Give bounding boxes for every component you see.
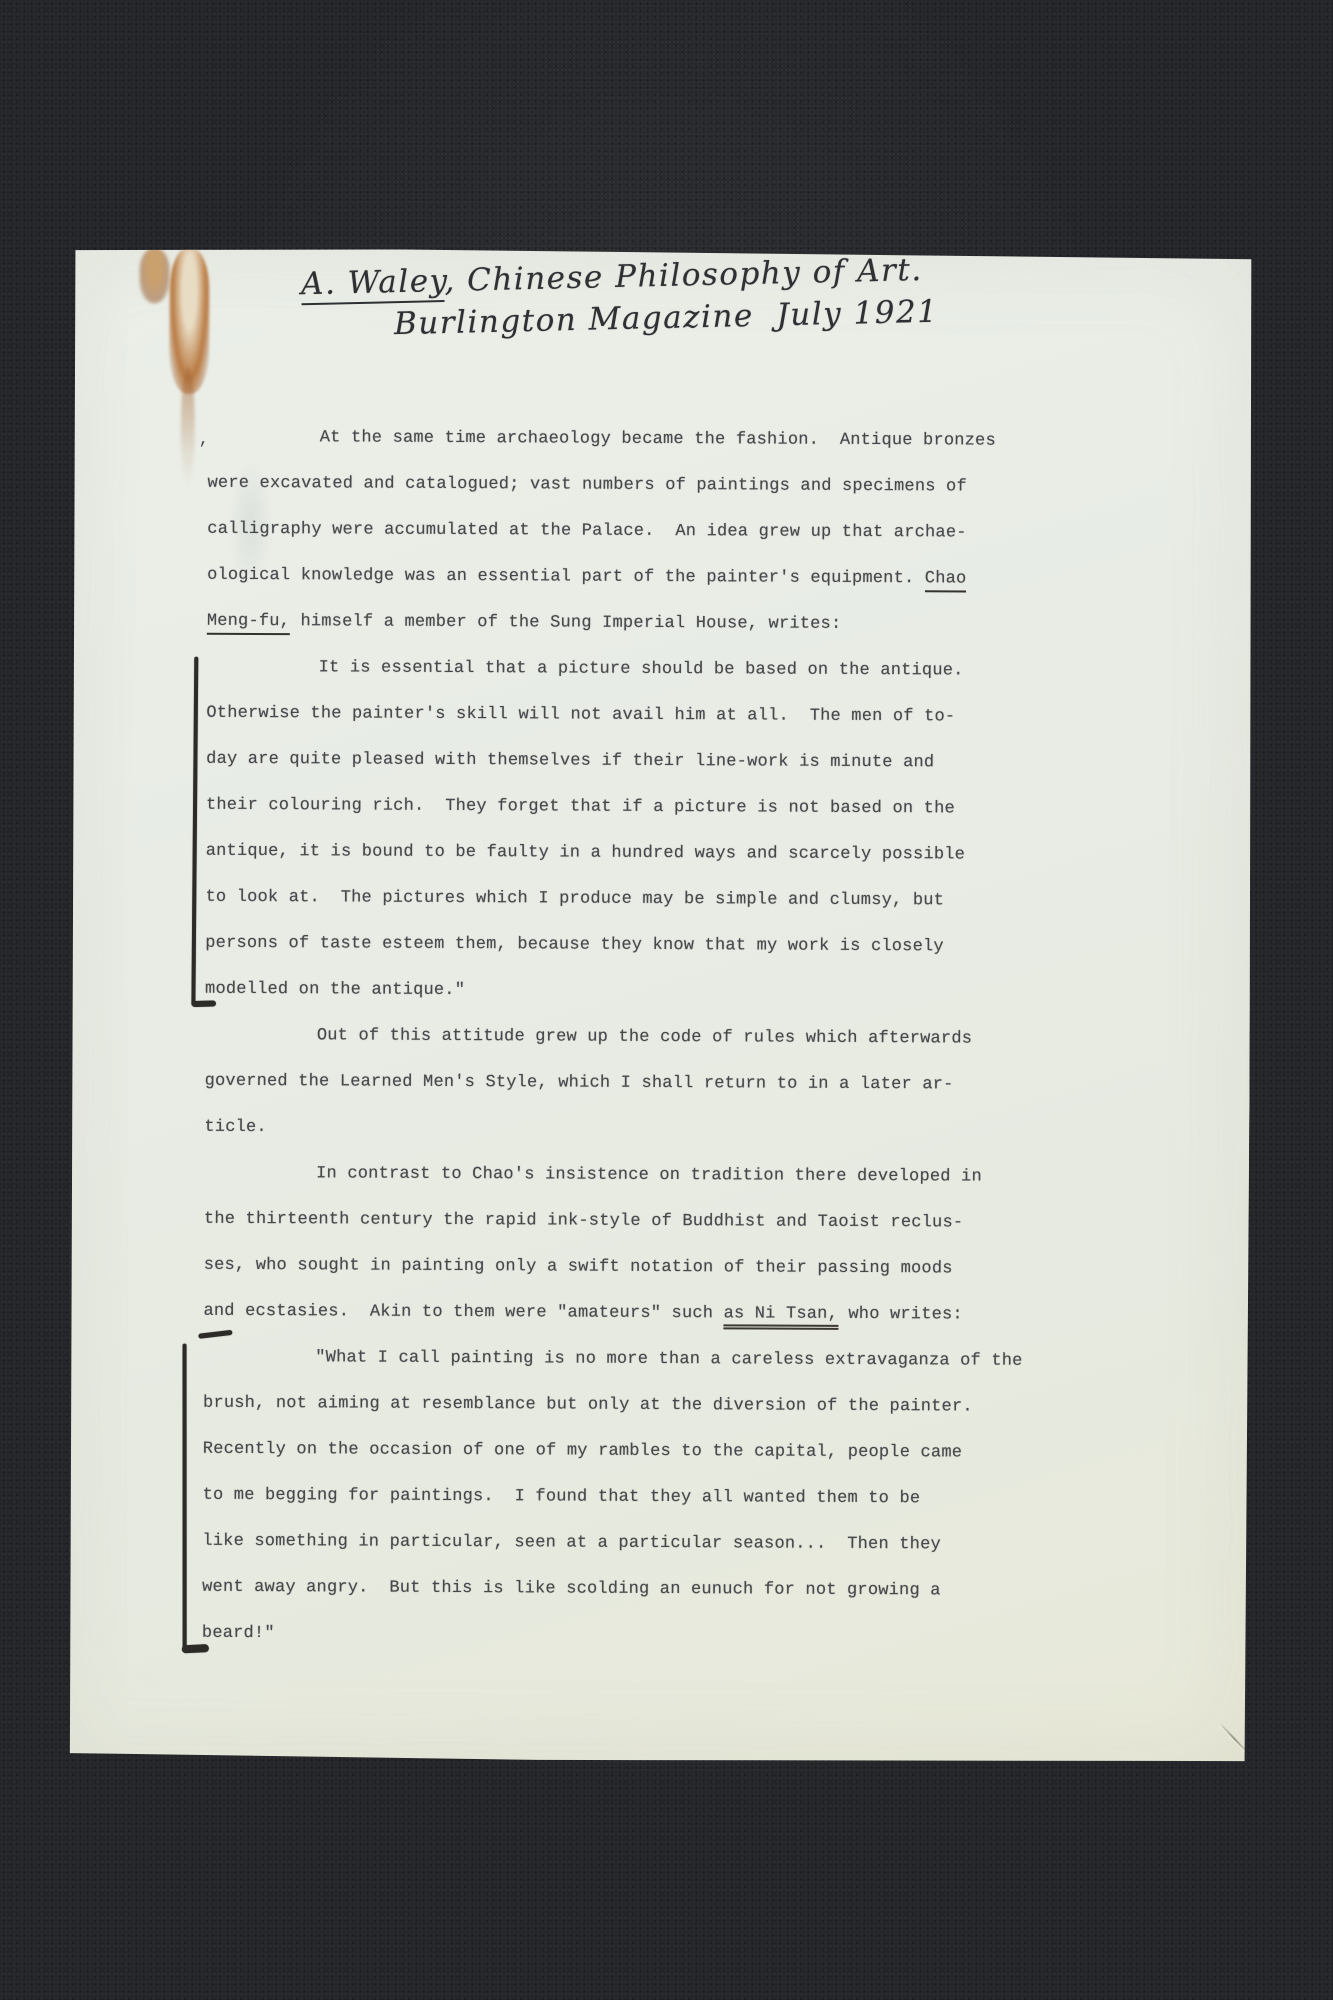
typed-line: modelled on the antique." — [205, 967, 1025, 1017]
typed-line: In contrast to Chao's insistence on trad… — [204, 1151, 1024, 1201]
text-segment: day are quite pleased with themselves if… — [206, 750, 934, 773]
typed-line: the thirteenth century the rapid ink-sty… — [204, 1197, 1024, 1247]
typed-line: Recently on the occasion of one of my ra… — [203, 1427, 1023, 1477]
typed-line: to look at. The pictures which I produce… — [205, 875, 1025, 925]
typed-line: Otherwise the painter's skill will not a… — [206, 691, 1026, 741]
citation-line-2: Burlington Magazine July 1921 — [394, 292, 1023, 342]
text-segment: antique, it is bound to be faulty in a h… — [206, 842, 965, 865]
typed-line: ticle. — [204, 1105, 1024, 1155]
text-segment: himself a member of the Sung Imperial Ho… — [290, 612, 841, 634]
text-segment: In contrast to Chao's insistence on trad… — [316, 1164, 982, 1186]
margin-bracket-quote-1-foot — [192, 1000, 216, 1007]
typed-line: It is essential that a picture should be… — [207, 645, 1027, 695]
text-segment: and ecstasies. Akin to them were "amateu… — [203, 1302, 723, 1324]
typed-line: At the same time archaeology became the … — [208, 415, 1028, 465]
text-segment: ses, who sought in painting only a swift… — [204, 1256, 953, 1279]
typed-line: calligraphy were accumulated at the Pala… — [207, 507, 1027, 557]
text-segment: It is essential that a picture should be… — [319, 658, 964, 680]
typed-line: day are quite pleased with themselves if… — [206, 737, 1026, 787]
text-segment: their colouring rich. They forget that i… — [206, 796, 955, 819]
handwritten-citation: A. Waley, Chinese Philosophy of Art. Bur… — [301, 250, 1023, 345]
document-page: A. Waley, Chinese Philosophy of Art. Bur… — [66, 247, 1253, 1765]
typed-line: persons of taste esteem them, because th… — [205, 921, 1025, 971]
typed-line: governed the Learned Men's Style, which … — [205, 1059, 1025, 1109]
typed-line: their colouring rich. They forget that i… — [206, 783, 1026, 833]
text-segment: like something in particular, seen at a … — [202, 1532, 941, 1555]
typed-line: "What I call painting is no more than a … — [203, 1335, 1023, 1385]
typed-text: At the same time archaeology became the … — [202, 415, 1028, 1661]
margin-bracket-quote-2 — [183, 1344, 187, 1650]
text-segment: beard!" — [202, 1624, 275, 1643]
typed-line: like something in particular, seen at a … — [202, 1519, 1022, 1569]
typed-line: beard!" — [202, 1611, 1022, 1661]
margin-bracket-quote-1 — [191, 657, 197, 1006]
text-segment: At the same time archaeology became the … — [320, 428, 996, 450]
typed-line: Out of this attitude grew up the code of… — [205, 1013, 1025, 1063]
text-segment: ticle. — [204, 1118, 267, 1137]
text-segment: "What I call painting is no more than a … — [315, 1348, 1022, 1370]
typed-line: brush, not aiming at resemblance but onl… — [203, 1381, 1023, 1431]
typed-line: antique, it is bound to be faulty in a h… — [206, 829, 1026, 879]
text-segment: calligraphy were accumulated at the Pala… — [207, 520, 966, 543]
text-segment: were excavated and catalogued; vast numb… — [208, 474, 967, 497]
text-segment: ological knowledge was an essential part… — [207, 566, 925, 589]
citation-author: A. Waley — [301, 263, 445, 305]
corner-crease — [1220, 1724, 1249, 1754]
photo-background: { "document": { "handwritten_header": { … — [0, 0, 1333, 2000]
typed-line: ological knowledge was an essential part… — [207, 553, 1027, 603]
typed-line: were excavated and catalogued; vast numb… — [207, 461, 1027, 511]
underlined-text: as Ni Tsan, — [724, 1304, 839, 1330]
margin-bracket-quote-2-foot — [182, 1644, 209, 1653]
stain-mark — [139, 247, 169, 303]
typed-line: and ecstasies. Akin to them were "amateu… — [203, 1289, 1023, 1339]
citation-title: , Chinese Philosophy of Art. — [444, 252, 923, 299]
typed-line: ses, who sought in painting only a swift… — [204, 1243, 1024, 1293]
text-segment: Recently on the occasion of one of my ra… — [203, 1440, 962, 1463]
typed-line: to me begging for paintings. I found tha… — [202, 1473, 1022, 1523]
stain-mark — [181, 368, 196, 488]
text-segment: the thirteenth century the rapid ink-sty… — [204, 1210, 963, 1233]
underlined-text: Chao — [925, 569, 967, 592]
text-segment: Out of this attitude grew up the code of… — [317, 1026, 972, 1048]
text-segment: Otherwise the painter's skill will not a… — [206, 704, 955, 727]
text-segment: to look at. The pictures which I produce… — [205, 888, 944, 911]
text-segment: governed the Learned Men's Style, which … — [205, 1072, 954, 1095]
typed-line: went away angry. But this is like scoldi… — [202, 1565, 1022, 1615]
text-segment: went away angry. But this is like scoldi… — [202, 1578, 941, 1601]
text-segment: modelled on the antique." — [205, 980, 465, 1000]
text-segment: persons of taste esteem them, because th… — [205, 934, 944, 957]
text-segment: brush, not aiming at resemblance but onl… — [203, 1394, 973, 1417]
typed-line: Meng-fu, himself a member of the Sung Im… — [207, 599, 1027, 649]
text-segment: who writes: — [838, 1305, 963, 1325]
text-segment: to me begging for paintings. I found tha… — [203, 1486, 921, 1509]
underlined-text: Meng-fu, — [207, 612, 290, 635]
